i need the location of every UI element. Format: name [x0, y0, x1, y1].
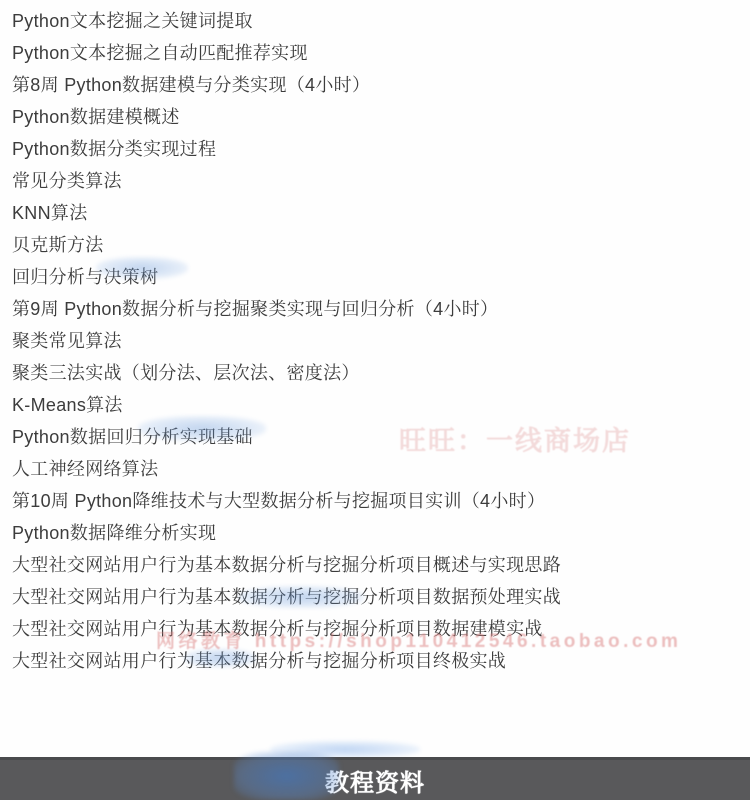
course-line: Python数据降维分析实现	[12, 517, 746, 549]
course-line: 常见分类算法	[12, 165, 746, 197]
course-line: 大型社交网站用户行为基本数据分析与挖掘分析项目终极实战	[12, 645, 746, 677]
course-line: 第9周 Python数据分析与挖掘聚类实现与回归分析（4小时）	[12, 293, 746, 325]
course-line: 大型社交网站用户行为基本数据分析与挖掘分析项目数据预处理实战	[12, 581, 746, 613]
watermark-blue-swoosh	[270, 741, 420, 758]
course-line: 贝克斯方法	[12, 229, 746, 261]
course-line: 聚类常见算法	[12, 325, 746, 357]
course-line: 大型社交网站用户行为基本数据分析与挖掘分析项目概述与实现思路	[12, 549, 746, 581]
course-line: 大型社交网站用户行为基本数据分析与挖掘分析项目数据建模实战	[12, 613, 746, 645]
course-list: Python文本挖掘之关键词提取Python文本挖掘之自动匹配推荐实现第8周 P…	[12, 5, 746, 677]
course-line: 聚类三法实战（划分法、层次法、密度法）	[12, 357, 746, 389]
course-line: KNN算法	[12, 197, 746, 229]
course-line: Python数据分类实现过程	[12, 133, 746, 165]
footer-label: 教程资料	[325, 763, 425, 798]
footer-banner: 教程资料	[0, 757, 750, 800]
course-line: Python文本挖掘之自动匹配推荐实现	[12, 37, 746, 69]
course-line: 第8周 Python数据建模与分类实现（4小时）	[12, 69, 746, 101]
course-line: 回归分析与决策树	[12, 261, 746, 293]
course-line: 第10周 Python降维技术与大型数据分析与挖掘项目实训（4小时）	[12, 485, 746, 517]
page: Python文本挖掘之关键词提取Python文本挖掘之自动匹配推荐实现第8周 P…	[0, 0, 750, 800]
course-line: 人工神经网络算法	[12, 453, 746, 485]
course-line: Python文本挖掘之关键词提取	[12, 5, 746, 37]
course-line: K-Means算法	[12, 389, 746, 421]
course-line: Python数据回归分析实现基础	[12, 421, 746, 453]
course-line: Python数据建模概述	[12, 101, 746, 133]
